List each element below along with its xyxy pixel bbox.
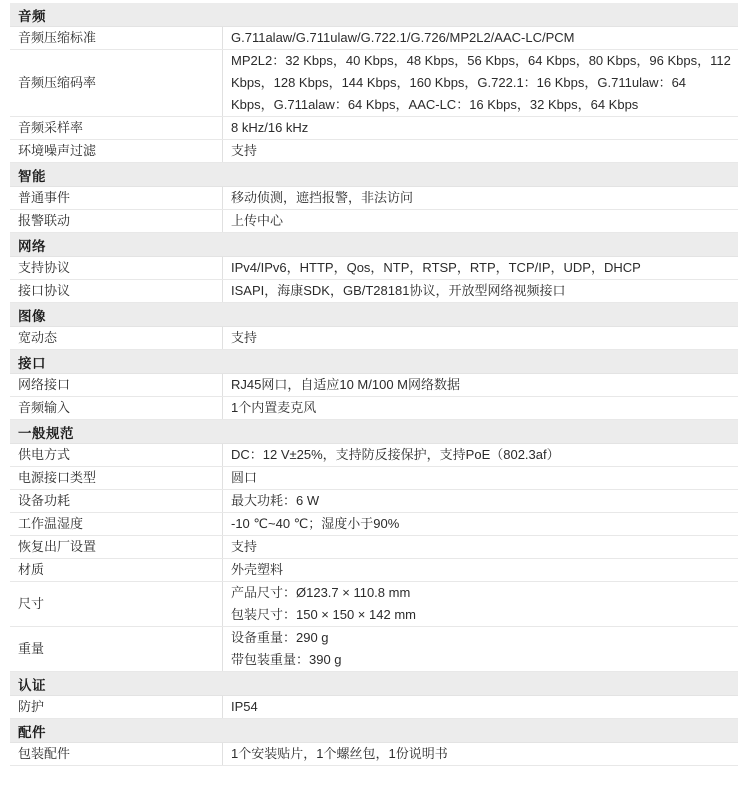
spec-value-line: RJ45网口，自适应10 M/100 M网络数据 [231,374,732,396]
spec-value-line: 外壳塑料 [231,559,732,581]
spec-value: 外壳塑料 [222,559,738,581]
spec-value: G.711alaw/G.711ulaw/G.722.1/G.726/MP2L2/… [222,27,738,49]
spec-value-line: 8 kHz/16 kHz [231,117,732,139]
spec-value-line: DC：12 V±25%，支持防反接保护，支持PoE（802.3af） [231,444,732,466]
spec-row: 防护IP54 [10,696,738,719]
spec-value-line: IPv4/IPv6，HTTP，Qos，NTP，RTSP，RTP，TCP/IP，U… [231,257,732,279]
section-title: 认证 [18,674,46,694]
spec-row: 供电方式DC：12 V±25%，支持防反接保护，支持PoE（802.3af） [10,444,738,467]
spec-label: 接口协议 [10,280,222,302]
spec-value-line: -10 ℃~40 ℃；湿度小于90% [231,513,732,535]
spec-row: 音频输入1个内置麦克风 [10,397,738,420]
spec-value: 圆口 [222,467,738,489]
spec-value: IP54 [222,696,738,718]
section-header: 配件 [10,719,738,743]
spec-row: 接口协议ISAPI，海康SDK，GB/T28181协议，开放型网络视频接口 [10,280,738,303]
spec-label: 普通事件 [10,187,222,209]
spec-label: 重量 [10,627,222,671]
spec-label: 防护 [10,696,222,718]
spec-label: 音频压缩码率 [10,50,222,116]
spec-row: 尺寸产品尺寸：Ø123.7 × 110.8 mm包装尺寸：150 × 150 ×… [10,582,738,627]
spec-value: 设备重量：290 g带包装重量：390 g [222,627,738,671]
spec-row: 工作温湿度-10 ℃~40 ℃；湿度小于90% [10,513,738,536]
spec-value: 支持 [222,536,738,558]
spec-value-line: 支持 [231,140,732,162]
spec-label: 音频采样率 [10,117,222,139]
spec-value-line: 上传中心 [231,210,732,232]
section-title: 一般规范 [18,422,74,442]
spec-value-line: 带包装重量：390 g [231,649,732,671]
spec-value-line: 1个安装贴片，1个螺丝包，1份说明书 [231,743,732,765]
spec-label: 报警联动 [10,210,222,232]
section-header: 智能 [10,163,738,187]
spec-row: 支持协议IPv4/IPv6，HTTP，Qos，NTP，RTSP，RTP，TCP/… [10,257,738,280]
spec-label: 网络接口 [10,374,222,396]
section-header: 接口 [10,350,738,374]
spec-label: 恢复出厂设置 [10,536,222,558]
spec-label: 支持协议 [10,257,222,279]
spec-value: IPv4/IPv6，HTTP，Qos，NTP，RTSP，RTP，TCP/IP，U… [222,257,738,279]
spec-row: 重量设备重量：290 g带包装重量：390 g [10,627,738,672]
spec-row: 音频压缩码率MP2L2：32 Kbps，40 Kbps，48 Kbps，56 K… [10,50,738,117]
section-title: 音频 [18,5,46,25]
spec-value: 移动侦测，遮挡报警，非法访问 [222,187,738,209]
spec-value-line: 支持 [231,327,732,349]
spec-row: 网络接口RJ45网口，自适应10 M/100 M网络数据 [10,374,738,397]
spec-label: 设备功耗 [10,490,222,512]
spec-value: DC：12 V±25%，支持防反接保护，支持PoE（802.3af） [222,444,738,466]
spec-value: 支持 [222,140,738,162]
spec-label: 宽动态 [10,327,222,349]
spec-value-line: 包装尺寸：150 × 150 × 142 mm [231,604,732,626]
spec-value-line: ISAPI，海康SDK，GB/T28181协议，开放型网络视频接口 [231,280,732,302]
spec-row: 普通事件移动侦测，遮挡报警，非法访问 [10,187,738,210]
section-title: 配件 [18,721,46,741]
spec-row: 设备功耗最大功耗：6 W [10,490,738,513]
spec-value-line: 1个内置麦克风 [231,397,732,419]
spec-value: -10 ℃~40 ℃；湿度小于90% [222,513,738,535]
spec-value: RJ45网口，自适应10 M/100 M网络数据 [222,374,738,396]
section-header: 认证 [10,672,738,696]
spec-row: 音频压缩标准G.711alaw/G.711ulaw/G.722.1/G.726/… [10,27,738,50]
spec-label: 供电方式 [10,444,222,466]
spec-value: 产品尺寸：Ø123.7 × 110.8 mm包装尺寸：150 × 150 × 1… [222,582,738,626]
spec-row: 电源接口类型圆口 [10,467,738,490]
spec-label: 尺寸 [10,582,222,626]
spec-label: 电源接口类型 [10,467,222,489]
spec-row: 报警联动上传中心 [10,210,738,233]
spec-row: 材质外壳塑料 [10,559,738,582]
spec-label: 音频压缩标准 [10,27,222,49]
spec-value-line: 产品尺寸：Ø123.7 × 110.8 mm [231,582,732,604]
spec-label: 包装配件 [10,743,222,765]
spec-row: 恢复出厂设置支持 [10,536,738,559]
section-header: 网络 [10,233,738,257]
spec-label: 音频输入 [10,397,222,419]
section-header: 音频 [10,3,738,27]
section-title: 智能 [18,165,46,185]
spec-value-line: G.711alaw/G.711ulaw/G.722.1/G.726/MP2L2/… [231,27,732,49]
spec-value: 1个安装贴片，1个螺丝包，1份说明书 [222,743,738,765]
section-title: 接口 [18,352,46,372]
section-title: 网络 [18,235,46,255]
spec-value-line: 圆口 [231,467,732,489]
spec-row: 音频采样率8 kHz/16 kHz [10,117,738,140]
spec-value: 最大功耗：6 W [222,490,738,512]
spec-value-line: 最大功耗：6 W [231,490,732,512]
spec-value: 8 kHz/16 kHz [222,117,738,139]
spec-value: ISAPI，海康SDK，GB/T28181协议，开放型网络视频接口 [222,280,738,302]
spec-label: 材质 [10,559,222,581]
spec-value: MP2L2：32 Kbps，40 Kbps，48 Kbps，56 Kbps，64… [222,50,738,116]
spec-value: 支持 [222,327,738,349]
section-title: 图像 [18,305,46,325]
section-header: 图像 [10,303,738,327]
spec-label: 工作温湿度 [10,513,222,535]
spec-value-line: IP54 [231,696,732,718]
spec-value-line: 支持 [231,536,732,558]
spec-label: 环境噪声过滤 [10,140,222,162]
spec-value-line: 移动侦测，遮挡报警，非法访问 [231,187,732,209]
spec-row: 宽动态支持 [10,327,738,350]
spec-table: 音频音频压缩标准G.711alaw/G.711ulaw/G.722.1/G.72… [10,3,738,766]
section-header: 一般规范 [10,420,738,444]
spec-value: 1个内置麦克风 [222,397,738,419]
spec-row: 环境噪声过滤支持 [10,140,738,163]
spec-row: 包装配件1个安装贴片，1个螺丝包，1份说明书 [10,743,738,766]
spec-value-line: 设备重量：290 g [231,627,732,649]
spec-value-line: MP2L2：32 Kbps，40 Kbps，48 Kbps，56 Kbps，64… [231,50,732,116]
spec-value: 上传中心 [222,210,738,232]
